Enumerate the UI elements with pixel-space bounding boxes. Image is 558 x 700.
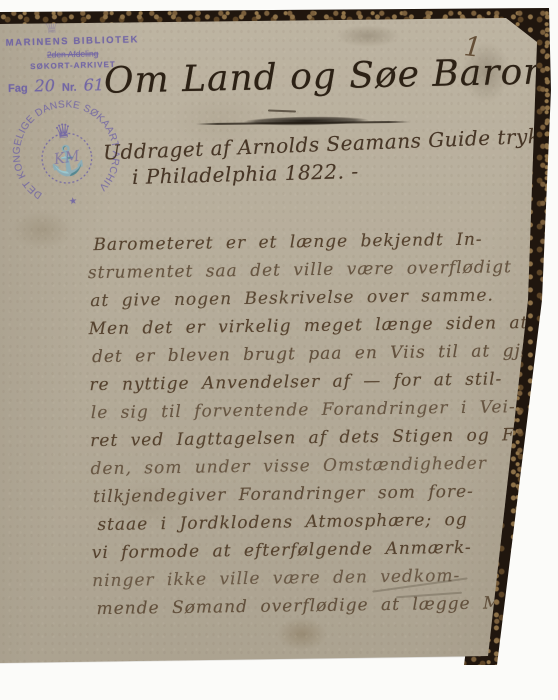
title-og-underline: [268, 110, 296, 113]
round-stamp-star-icon: ★: [68, 196, 78, 208]
manuscript-subtitle-line1: Uddraget af Arnolds Seamans Guide trykt: [103, 123, 550, 164]
manuscript-photo: ♛ MARINENS BIBLIOTEK 2den Afdeling SØKOR…: [0, 0, 558, 700]
round-stamp-crown-icon: ♛: [53, 119, 74, 144]
body-line: mende Sømand overflødige at lægge Mær-: [96, 589, 542, 623]
library-stamp-name: MARINENS BIBLIOTEK: [6, 34, 140, 48]
manuscript-page: ♛ MARINENS BIBLIOTEK 2den Afdeling SØKOR…: [0, 0, 558, 700]
manuscript-title: Om Land og Søe Barometeret: [104, 51, 555, 101]
manuscript-subtitle-line2: i Philadelphia 1822. -: [132, 159, 359, 189]
catalog-fag-label: Fag: [8, 82, 28, 94]
library-stamp-department: 2den Afdeling: [6, 47, 140, 60]
manuscript-body: Barometeret er et længe bekjendt In- str…: [87, 225, 542, 623]
